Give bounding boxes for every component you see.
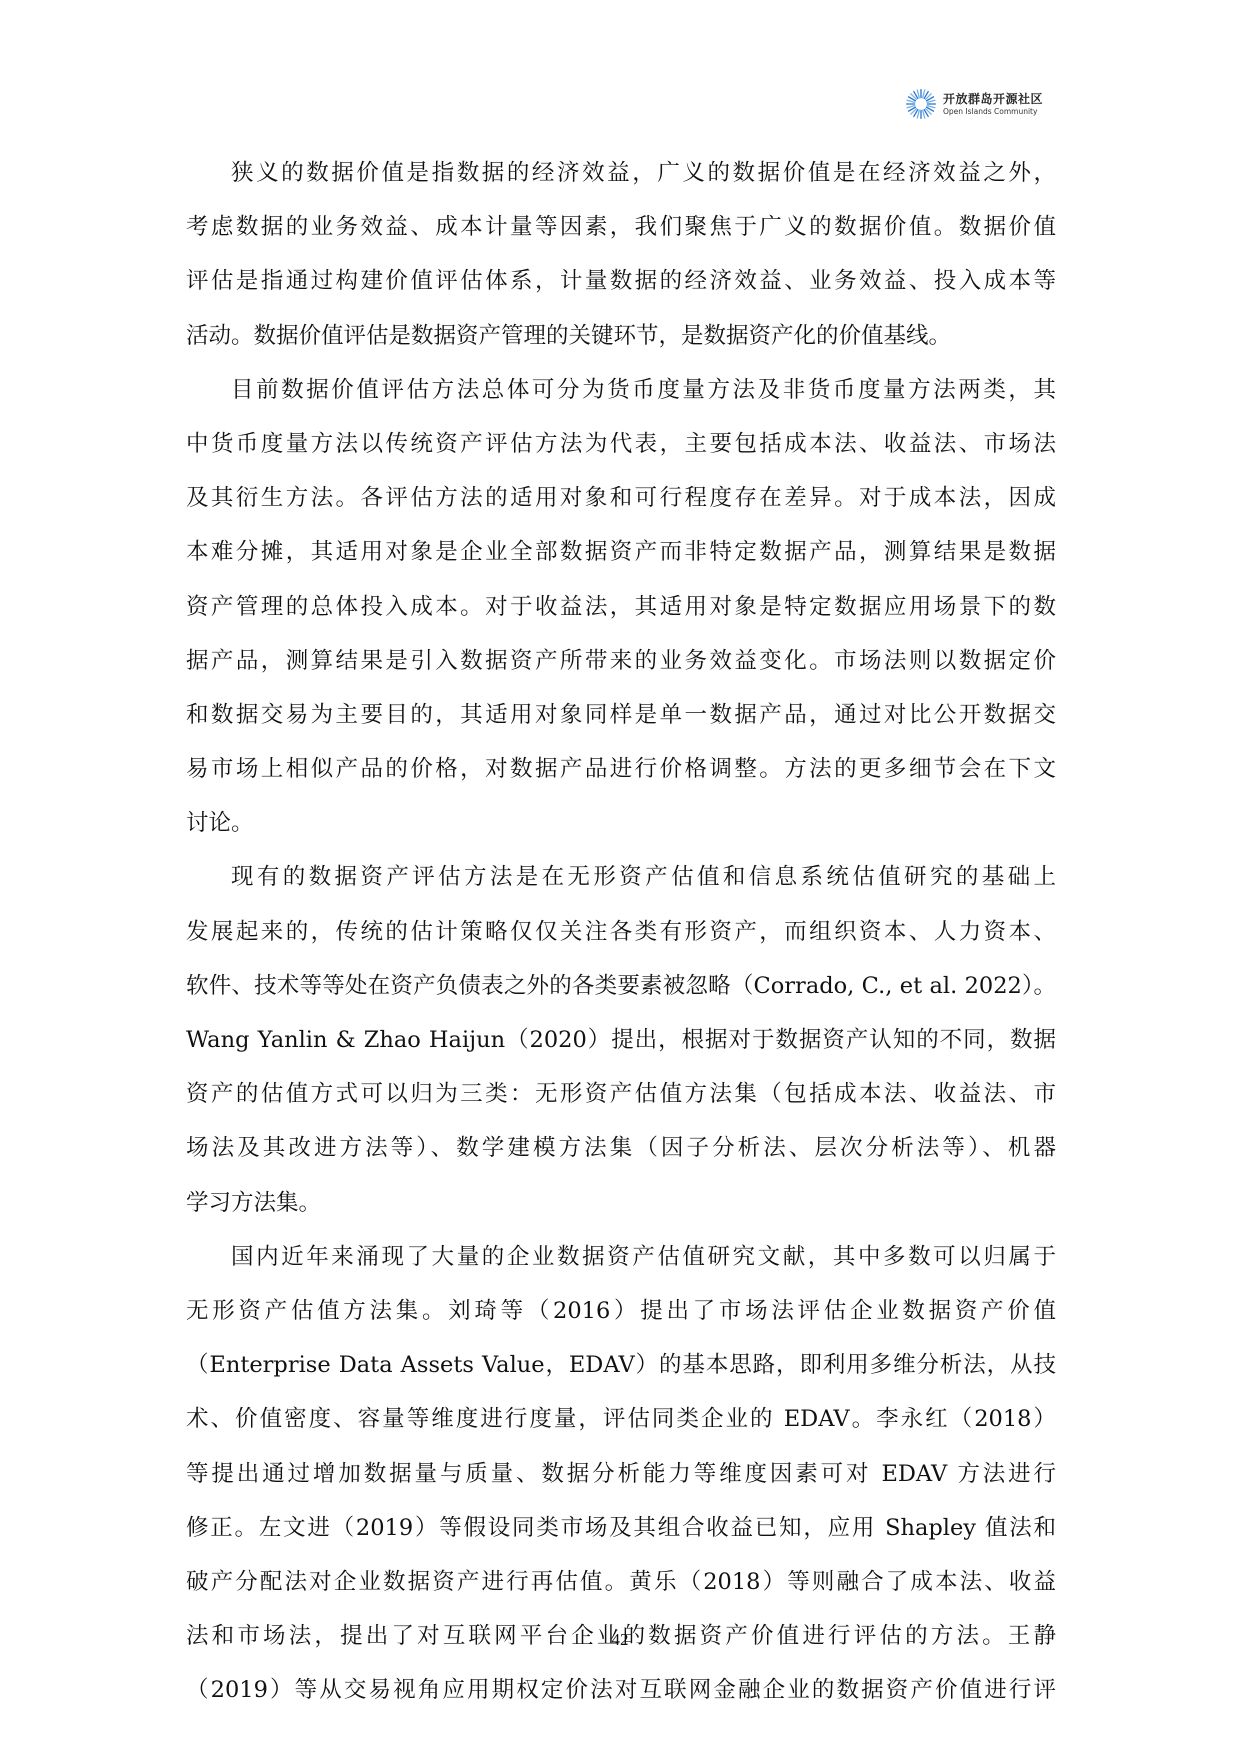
community-logo: 开放群岛开源社区 Open Islands Community bbox=[905, 88, 1043, 120]
text-line: 学习方法集。 bbox=[186, 1176, 1056, 1230]
text-line: 场法及其改进方法等）、数学建模方法集（因子分析法、层次分析法等）、机器 bbox=[186, 1121, 1056, 1175]
text-line: 破产分配法对企业数据资产进行再估值。黄乐（2018）等则融合了成本法、收益 bbox=[186, 1555, 1056, 1609]
text-line: 软件、技术等等处在资产负债表之外的各类要素被忽略（Corrado, C., et… bbox=[186, 959, 1056, 1013]
text-line: Wang Yanlin & Zhao Haijun（2020）提出，根据对于数据… bbox=[186, 1013, 1056, 1067]
page-number: 42 bbox=[0, 1630, 1240, 1650]
text-line: 讨论。 bbox=[186, 796, 1056, 850]
text-line: 资产管理的总体投入成本。对于收益法，其适用对象是特定数据应用场景下的数 bbox=[186, 580, 1056, 634]
logo-title-cn: 开放群岛开源社区 bbox=[943, 93, 1043, 105]
paragraph-existing-methods: 现有的数据资产评估方法是在无形资产估值和信息系统估值研究的基础上 发展起来的，传… bbox=[186, 850, 1056, 1229]
text-line: 发展起来的，传统的估计策略仅仅关注各类有形资产，而组织资本、人力资本、 bbox=[186, 905, 1056, 959]
text-line: （2019）等从交易视角应用期权定价法对互联网金融企业的数据资产价值进行评 bbox=[186, 1663, 1056, 1717]
text-line: 修正。左文进（2019）等假设同类市场及其组合收益已知，应用 Shapley 值… bbox=[186, 1501, 1056, 1555]
text-line: 活动。数据价值评估是数据资产管理的关键环节，是数据资产化的价值基线。 bbox=[186, 309, 1056, 363]
sunburst-logo-icon bbox=[905, 88, 937, 120]
text-line: 本难分摊，其适用对象是企业全部数据资产而非特定数据产品，测算结果是数据 bbox=[186, 525, 1056, 579]
text-line: 国内近年来涌现了大量的企业数据资产估值研究文献，其中多数可以归属于 bbox=[186, 1230, 1056, 1284]
text-line: 现有的数据资产评估方法是在无形资产估值和信息系统估值研究的基础上 bbox=[186, 850, 1056, 904]
text-line: 等提出通过增加数据量与质量、数据分析能力等维度因素可对 EDAV 方法进行 bbox=[186, 1447, 1056, 1501]
text-line: 术、价值密度、容量等维度进行度量，评估同类企业的 EDAV。李永红（2018） bbox=[186, 1392, 1056, 1446]
text-line: 考虑数据的业务效益、成本计量等因素，我们聚焦于广义的数据价值。数据价值 bbox=[186, 200, 1056, 254]
text-line: 和数据交易为主要目的，其适用对象同样是单一数据产品，通过对比公开数据交 bbox=[186, 688, 1056, 742]
text-line: 中货币度量方法以传统资产评估方法为代表，主要包括成本法、收益法、市场法 bbox=[186, 417, 1056, 471]
text-line: 评估是指通过构建价值评估体系，计量数据的经济效益、业务效益、投入成本等 bbox=[186, 254, 1056, 308]
text-line: 无形资产估值方法集。刘琦等（2016）提出了市场法评估企业数据资产价值 bbox=[186, 1284, 1056, 1338]
text-line: （Enterprise Data Assets Value，EDAV）的基本思路… bbox=[186, 1338, 1056, 1392]
document-body: 狭义的数据价值是指数据的经济效益，广义的数据价值是在经济效益之外， 考虑数据的业… bbox=[186, 146, 1056, 1717]
paragraph-data-value-definition: 狭义的数据价值是指数据的经济效益，广义的数据价值是在经济效益之外， 考虑数据的业… bbox=[186, 146, 1056, 363]
text-line: 狭义的数据价值是指数据的经济效益，广义的数据价值是在经济效益之外， bbox=[186, 146, 1056, 200]
text-line: 资产的估值方式可以归为三类：无形资产估值方法集（包括成本法、收益法、市 bbox=[186, 1067, 1056, 1121]
text-line: 据产品，测算结果是引入数据资产所带来的业务效益变化。市场法则以数据定价 bbox=[186, 634, 1056, 688]
text-line: 及其衍生方法。各评估方法的适用对象和可行程度存在差异。对于成本法，因成 bbox=[186, 471, 1056, 525]
text-line: 目前数据价值评估方法总体可分为货币度量方法及非货币度量方法两类，其 bbox=[186, 363, 1056, 417]
text-line: 易市场上相似产品的价格，对数据产品进行价格调整。方法的更多细节会在下文 bbox=[186, 742, 1056, 796]
logo-title-en: Open Islands Community bbox=[943, 108, 1043, 116]
paragraph-valuation-methods: 目前数据价值评估方法总体可分为货币度量方法及非货币度量方法两类，其 中货币度量方… bbox=[186, 363, 1056, 851]
